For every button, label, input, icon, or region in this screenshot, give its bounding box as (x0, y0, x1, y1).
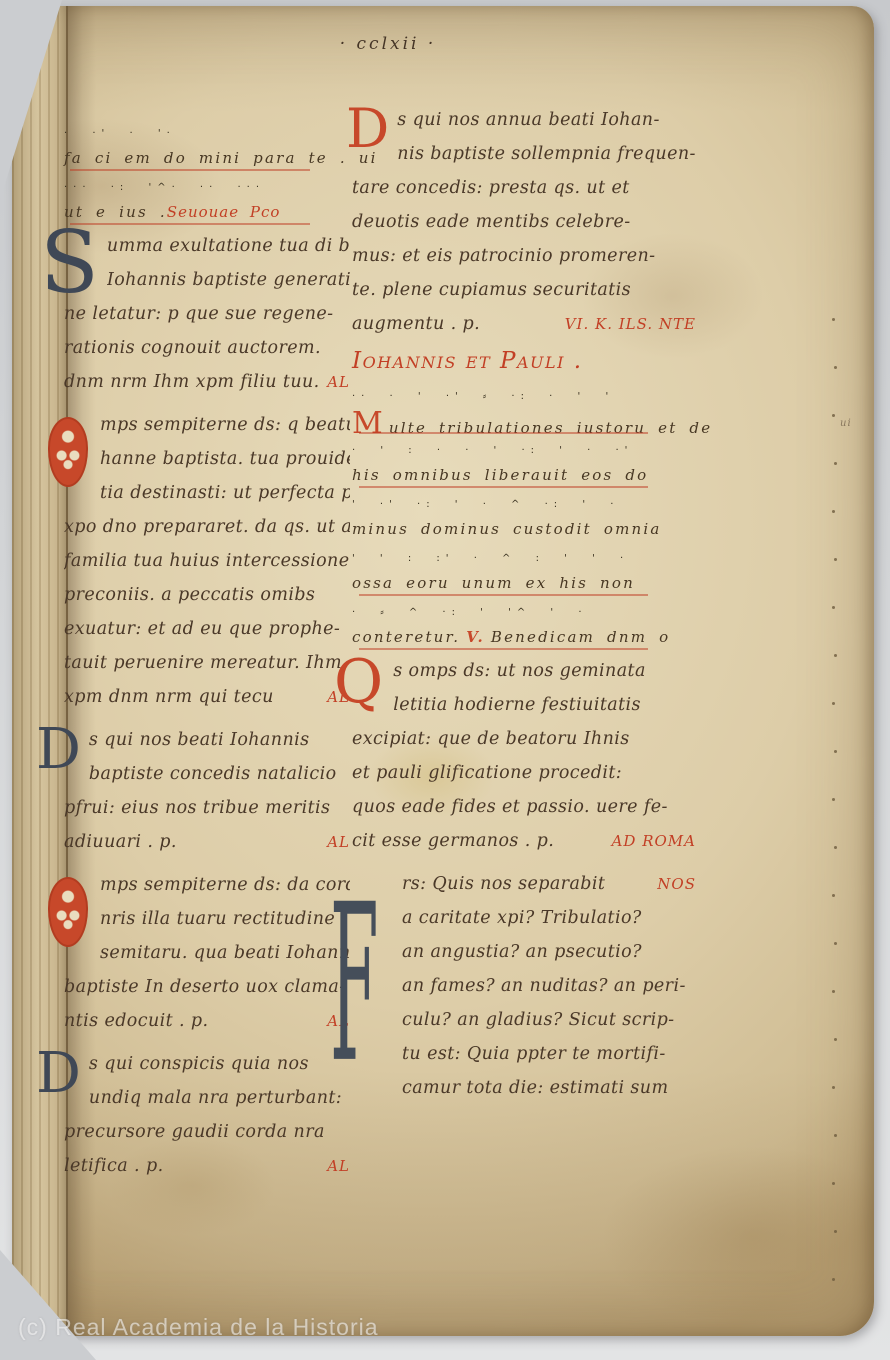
line-text: a caritate xpi? Tribulatio? (402, 908, 642, 928)
initial-D: D (346, 108, 389, 150)
pricking-hole (834, 1038, 837, 1041)
folio-number: · cclxii · (308, 34, 468, 54)
line-text: xpo dno prepararet. da qs. ut a (64, 517, 350, 537)
chant-text: fa ci em do mini para te . ui (64, 149, 378, 167)
pricking-hole (834, 750, 837, 753)
line-text: mps sempiterne ds: da cordibs (100, 875, 350, 895)
line-text: culu? an gladius? Sicut scrip- (402, 1010, 675, 1030)
pricking-hole (832, 990, 835, 993)
text-line: tauit peruenire mereatur. Ihm (64, 653, 350, 687)
line-text: ne letatur: p que sue regene- (64, 304, 334, 324)
text-line: adiuuari . p.AL (64, 832, 350, 866)
line-text: excipiat: que de beatoru Ihnis (352, 729, 630, 749)
text-line: augmentu . p.VI. K. ILS. NTE (352, 314, 696, 348)
initial-D: D (36, 728, 81, 772)
versus-mark: V. (466, 628, 485, 646)
text-line: nis baptiste sollempnia frequen- (397, 144, 696, 178)
line-text: s qui conspicis quia nos (89, 1054, 309, 1074)
line-text: nis baptiste sollempnia frequen- (397, 144, 696, 164)
line-text: nris illa tuaru rectitudine (100, 909, 335, 929)
chant-text-line: Multe tribulationes iustoru et de (352, 412, 696, 445)
text-line: excipiat: que de beatoru Ihnis (352, 729, 696, 763)
text-line: a caritate xpi? Tribulatio? (402, 908, 696, 942)
line-text: tauit peruenire mereatur. Ihm (64, 653, 342, 673)
text-column-left: · ·' · '·fa ci em do mini para te . ui··… (64, 128, 350, 1199)
line-text: mus: et eis patrocinio promeren- (352, 246, 655, 266)
text-line: mus: et eis patrocinio promeren- (352, 246, 696, 280)
text-line: xpm dnm nrm qui tecuAL (64, 687, 350, 721)
prayer-block: Summa exultatione tua di beataIohannis b… (64, 236, 350, 406)
text-line: Iohannis baptiste generatio- (107, 270, 350, 304)
line-text: adiuuari . p. (64, 832, 177, 852)
text-line: deuotis eade mentibs celebre- (352, 212, 696, 246)
line-text: cit esse germanos . p. (352, 831, 554, 851)
line-text: rs: Quis nos separabit (402, 874, 605, 894)
line-text: hanne baptista. tua prouiden- (100, 449, 350, 469)
prayer-block: mps sempiterne ds: da cordibsnris illa t… (64, 875, 350, 1045)
line-text: exuatur: et ad eu que prophe- (64, 619, 340, 639)
rubric-mark: AL (327, 373, 350, 391)
line-text: tu est: Quia ppter te mortifi- (402, 1044, 666, 1064)
text-line: letitia hodierne festiuitatis (393, 695, 696, 729)
text-line: tu est: Quia ppter te mortifi- (402, 1044, 696, 1078)
line-text: an angustia? an psecutio? (402, 942, 642, 962)
chant-text: minus dominus custodit omnia (352, 520, 662, 538)
manuscript-photo: · cclxii · · ·' · '·fa ci em do mini par… (0, 0, 890, 1360)
text-line: precursore gaudii corda nra (64, 1122, 350, 1156)
pricking-hole (834, 1230, 837, 1233)
book-page-stack-edge (12, 6, 68, 1336)
text-line: an fames? an nuditas? an peri- (402, 976, 696, 1010)
line-text: familia tua huius intercessione (64, 551, 349, 571)
line-text: baptiste In deserto uox clama- (64, 977, 346, 997)
pricking-hole (834, 1134, 837, 1137)
text-line: tia destinasti: ut perfecta plebe (100, 483, 350, 517)
text-line: dnm nrm Ihm xpm filiu tuu.AL (64, 372, 350, 406)
prayer-block: Qs omps ds: ut nos geminataletitia hodie… (352, 661, 696, 865)
line-text: et pauli glificatione procedit: (352, 763, 622, 783)
pricking-hole (832, 318, 835, 321)
neume-row: ·· · ' ·' ⸗ ·: · ' ' (352, 391, 696, 412)
line-text: rationis cognouit auctorem. (64, 338, 321, 358)
text-line: s qui nos beati Iohannis (89, 730, 350, 764)
pricking-hole (834, 462, 837, 465)
pricking-hole (832, 606, 835, 609)
prayers-section: Summa exultatione tua di beataIohannis b… (64, 236, 350, 1190)
prayers-section: Qs omps ds: ut nos geminataletitia hodie… (352, 661, 696, 1112)
text-line: nris illa tuaru rectitudine (100, 909, 350, 943)
text-line: ntis edocuit . p.AL (64, 1011, 350, 1045)
prayers-section: Ds qui nos annua beati Iohan-nis baptist… (352, 110, 696, 382)
prayer-block: Ds qui nos beati Iohannisbaptiste conced… (64, 730, 350, 866)
prayer-block: Ds qui nos annua beati Iohan-nis baptist… (352, 110, 696, 382)
line-text: pfrui: eius nos tribue meritis (64, 798, 330, 818)
line-text: precursore gaudii corda nra (64, 1122, 325, 1142)
chant-section: ·· · ' ·' ⸗ ·: · ' 'Multe tribulationes … (352, 391, 696, 661)
line-text: Iohannis baptiste generatio- (107, 270, 350, 290)
text-line: baptiste In deserto uox clama- (64, 977, 350, 1011)
pricking-hole (834, 942, 837, 945)
text-line: s omps ds: ut nos geminata (393, 661, 696, 695)
rubric-mark: NOS (657, 875, 696, 893)
rubric-mark: Seuouae Pco (167, 203, 281, 221)
neume-row: · ' : · · ' ·: ' · ·' (352, 445, 696, 466)
line-text: mps sempiterne ds: q beatu Io- (100, 415, 350, 435)
text-line: semitaru. qua beati Iohannis (100, 943, 350, 977)
chant-section: · ·' · '·fa ci em do mini para te . ui··… (64, 128, 350, 236)
text-line: cit esse germanos . p.AD ROMA (352, 831, 696, 865)
chant-text-line: ossa eoru unum ex his non (352, 574, 696, 607)
line-text: tare concedis: presta qs. ut et (352, 178, 630, 198)
text-line: undiq mala nra perturbant: (89, 1088, 350, 1122)
line-text: baptiste concedis natalicio (89, 764, 337, 784)
neume-row: · ⸗ ^ ·: ' '^ ' · (352, 607, 696, 628)
text-line: camur tota die: estimati sum (402, 1078, 696, 1112)
text-line: s qui conspicis quia nos (89, 1054, 350, 1088)
text-column-right: Ds qui nos annua beati Iohan-nis baptist… (352, 110, 696, 1121)
pricking-hole (832, 798, 835, 801)
text-line: tare concedis: presta qs. ut et (352, 178, 696, 212)
line-text: umma exultatione tua di beata (107, 236, 350, 256)
text-line: et pauli glificatione procedit: (352, 763, 696, 797)
pricking-hole (834, 846, 837, 849)
text-line: exuatur: et ad eu que prophe- (64, 619, 350, 653)
pricking-hole (832, 894, 835, 897)
initial-S: S (40, 230, 99, 297)
line-text: deuotis eade mentibs celebre- (352, 212, 631, 232)
line-text: semitaru. qua beati Iohannis (100, 943, 350, 963)
rubric-mark: AL (327, 833, 350, 851)
line-text: s qui nos annua beati Iohan- (397, 110, 660, 130)
chant-text: Benedicam dnm o (491, 628, 670, 646)
tall-initial-F: F (330, 876, 379, 1093)
pricking-hole (832, 414, 835, 417)
text-line: umma exultatione tua di beata (107, 236, 350, 270)
text-line: te. plene cupiamus securitatis (352, 280, 696, 314)
chant-text-line: minus dominus custodit omnia (352, 520, 696, 553)
pricking-hole (834, 654, 837, 657)
pricking-hole (832, 702, 835, 705)
pricking-hole (832, 510, 835, 513)
line-text: preconiis. a peccatis omibs (64, 585, 315, 605)
rubric-mark: AD ROMA (612, 832, 696, 850)
line-text: an fames? an nuditas? an peri- (402, 976, 686, 996)
text-line: ne letatur: p que sue regene- (64, 304, 350, 338)
pricking-hole (834, 558, 837, 561)
chant-text-line: ut e ius .Seuouae Pco (64, 203, 350, 236)
line-text: dnm nrm Ihm xpm filiu tuu. (64, 372, 320, 392)
line-text: ntis edocuit . p. (64, 1011, 209, 1031)
text-line: mps sempiterne ds: da cordibs (100, 875, 350, 909)
chant-text: ulte tribulationes iustoru et de (389, 419, 712, 437)
text-line: culu? an gladius? Sicut scrip- (402, 1010, 696, 1044)
chant-text: conteretur. (352, 628, 460, 646)
prayer-block: Frs: Quis nos separabitNOSa caritate xpi… (352, 874, 696, 1112)
line-text: tia destinasti: ut perfecta plebe (100, 483, 350, 503)
text-line: preconiis. a peccatis omibs (64, 585, 350, 619)
text-line: xpo dno prepararet. da qs. ut a (64, 517, 350, 551)
chant-text-line: fa ci em do mini para te . ui (64, 149, 350, 182)
line-text: undiq mala nra perturbant: (89, 1088, 342, 1108)
margin-note: ui (840, 418, 852, 429)
neume-row: ··· ·: '^· ·· ··· (64, 182, 350, 203)
line-text: s qui nos beati Iohannis (89, 730, 310, 750)
pricking-hole (832, 1278, 835, 1281)
text-line: pfrui: eius nos tribue meritis (64, 798, 350, 832)
copyright-watermark: (c) Real Academia de la Historia (18, 1314, 379, 1341)
text-line: Iohannis et Pauli . (352, 348, 696, 382)
text-line: mps sempiterne ds: q beatu Io- (100, 415, 350, 449)
line-text: s omps ds: ut nos geminata (393, 661, 646, 681)
chant-text-line: conteretur.V.Benedicam dnm o (352, 628, 696, 661)
prayer-block: mps sempiterne ds: q beatu Io-hanne bapt… (64, 415, 350, 721)
chant-initial-M: M (352, 412, 385, 436)
text-line: baptiste concedis natalicio (89, 764, 350, 798)
rubric-line: Iohannis et Pauli . (352, 348, 583, 388)
chant-text: ossa eoru unum ex his non (352, 574, 635, 592)
text-line: rs: Quis nos separabitNOS (402, 874, 696, 908)
text-line: rationis cognouit auctorem. (64, 338, 350, 372)
pricking-hole (834, 366, 837, 369)
rubric-mark: VI. K. ILS. NTE (565, 315, 696, 333)
text-line: s qui nos annua beati Iohan- (397, 110, 696, 144)
text-line: an angustia? an psecutio? (402, 942, 696, 976)
chant-text: his omnibus liberauit eos do (352, 466, 648, 484)
line-text: augmentu . p. (352, 314, 480, 334)
neume-row: ' ·' ·: ' · ^ ·: ' · (352, 499, 696, 520)
line-text: xpm dnm nrm qui tecu (64, 687, 274, 707)
chant-text-line: his omnibus liberauit eos do (352, 466, 696, 499)
line-text: letifica . p. (64, 1156, 164, 1176)
ornamental-initial-O (48, 877, 88, 947)
initial-D: D (36, 1052, 81, 1096)
line-text: quos eade fides et passio. uere fe- (352, 797, 668, 817)
neume-row: · ·' · '· (64, 128, 350, 149)
ornamental-initial-O (48, 417, 88, 487)
prayer-block: Ds qui conspicis quia nosundiq mala nra … (64, 1054, 350, 1190)
initial-Q: Q (334, 659, 383, 706)
pricking-hole (832, 1086, 835, 1089)
text-line: hanne baptista. tua prouiden- (100, 449, 350, 483)
line-text: camur tota die: estimati sum (402, 1078, 668, 1098)
text-line: letifica . p.AL (64, 1156, 350, 1190)
text-line: familia tua huius intercessione (64, 551, 350, 585)
line-text: letitia hodierne festiuitatis (393, 695, 641, 715)
rubric-mark: AL (327, 1157, 350, 1175)
text-line: quos eade fides et passio. uere fe- (352, 797, 696, 831)
pricking-hole (832, 1182, 835, 1185)
neume-row: ' ' : :' · ^ : ' ' · (352, 553, 696, 574)
line-text: te. plene cupiamus securitatis (352, 280, 631, 300)
